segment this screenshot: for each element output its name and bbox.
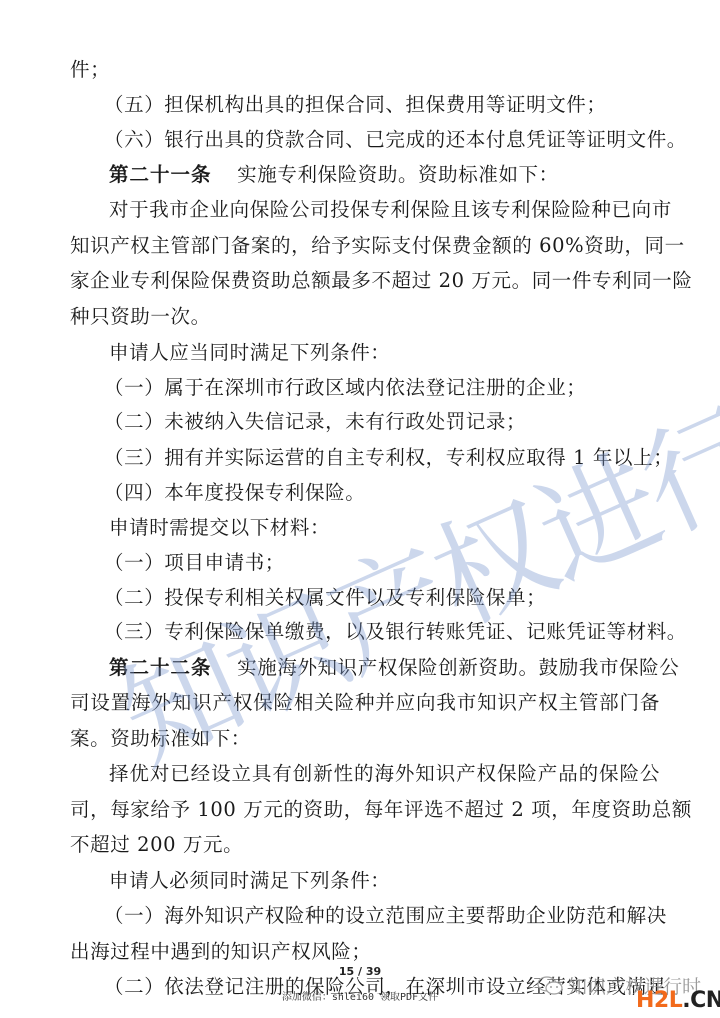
article-title: 实施专利保险资助。资助标准如下： (237, 163, 559, 186)
list-item: （一）项目申请书； (104, 551, 694, 575)
paragraph-line: 司设置海外知识产权保险相关险种并应向我市知识产权主管部门备 (70, 691, 660, 715)
list-item: （二）未被纳入失信记录，未有行政处罚记录； (104, 410, 694, 434)
paragraph-line: 出海过程中遇到的知识产权风险； (70, 940, 660, 964)
wechat-icon (536, 975, 564, 997)
article-heading: 第二十一条 实施专利保险资助。资助标准如下： (109, 163, 699, 187)
list-item: （三）拥有并实际运营的自主专利权，专利权应取得 1 年以上； (104, 446, 694, 470)
site-logo-cn: .CN (682, 988, 720, 1013)
article-number: 第二十一条 (109, 163, 212, 186)
document-page: 件； （五）担保机构出具的担保合同、担保费用等证明文件； （六）银行出具的贷款合… (0, 0, 720, 1018)
article-number: 第二十二条 (109, 656, 212, 679)
paragraph-line: 案。资助标准如下： (70, 727, 660, 751)
paragraph-line: 知识产权主管部门备案的，给予实际支付保费金额的 60%资助，同一 (70, 234, 660, 258)
paragraph-line: 择优对已经设立具有创新性的海外知识产权保险产品的保险公 (109, 762, 660, 786)
list-item: （五）担保机构出具的担保合同、担保费用等证明文件； (104, 93, 694, 117)
text-line: 件； (70, 58, 660, 82)
list-item: （四）本年度投保专利保险。 (104, 481, 694, 505)
list-item: （一）海外知识产权险种的设立范围应主要帮助企业防范和解决 (104, 904, 660, 928)
paragraph-line: 申请人应当同时满足下列条件： (109, 341, 699, 365)
list-item: （六）银行出具的贷款合同、已完成的还本付息凭证等证明文件。 (104, 128, 694, 152)
paragraph-line: 种只资助一次。 (70, 305, 660, 329)
paragraph-line: 家企业专利保险保费资助总额最多不超过 20 万元。同一件专利同一险 (70, 269, 660, 293)
list-item: （三）专利保险保单缴费，以及银行转账凭证、记账凭证等材料。 (104, 620, 694, 644)
paragraph-line: 对于我市企业向保险公司投保专利保险且该专利保险险种已向市 (109, 198, 660, 222)
paragraph-line: 申请时需提交以下材料： (109, 516, 699, 540)
paragraph-line: 司，每家给予 100 万元的资助，每年评选不超过 2 项，年度资助总额 (70, 798, 660, 822)
list-item: （一）属于在深圳市行政区域内依法登记注册的企业； (104, 376, 694, 400)
article-heading: 第二十二条 实施海外知识产权保险创新资助。鼓励我市保险公 (109, 656, 660, 680)
paragraph-line: 不超过 200 万元。 (70, 833, 660, 857)
article-title: 实施海外知识产权保险创新资助。鼓励我市保险公 (237, 656, 679, 679)
site-logo-h2l: H2L (636, 988, 682, 1013)
site-logo: H2L.CN (636, 988, 720, 1013)
list-item: （二）投保专利相关权属文件以及专利保险保单； (104, 586, 694, 610)
paragraph-line: 申请人必须同时满足下列条件： (109, 869, 699, 893)
